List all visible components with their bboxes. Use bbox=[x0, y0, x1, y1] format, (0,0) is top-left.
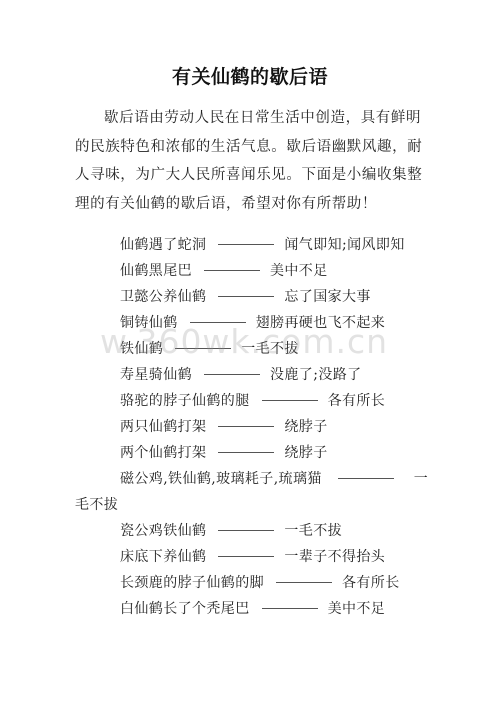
answer-text: 没鹿了;没路了 bbox=[270, 367, 362, 383]
xiehouyu-list: 仙鹤遇了蛇洞闻气即知;闻风即知 仙鹤黑尾巴美中不足 卫懿公养仙鹤忘了国家大事 铜… bbox=[0, 232, 500, 622]
list-item: 仙鹤遇了蛇洞闻气即知;闻风即知 bbox=[0, 232, 500, 258]
document-page: 有关仙鹤的歇后语 歇后语由劳动人民在日常生活中创造，具有鲜明的民族特色和浓郁的生… bbox=[0, 0, 500, 708]
wrapped-first-line: 磁公鸡,铁仙鹤,玻璃耗子,琉璃猫一 bbox=[0, 466, 500, 492]
dash-separator bbox=[262, 400, 318, 401]
list-item: 卫懿公养仙鹤忘了国家大事 bbox=[0, 284, 500, 310]
dash-separator bbox=[204, 270, 260, 271]
dash-separator bbox=[175, 348, 231, 349]
dash-separator bbox=[204, 374, 260, 375]
dash-separator bbox=[218, 296, 274, 297]
list-item-wrapped: 磁公鸡,铁仙鹤,玻璃耗子,琉璃猫一 毛不拔 bbox=[0, 466, 500, 518]
riddle-text: 磁公鸡,铁仙鹤,玻璃耗子,琉璃猫 bbox=[120, 471, 322, 487]
riddle-text: 两个仙鹤打架 bbox=[120, 445, 206, 461]
answer-text: 绕脖子 bbox=[284, 419, 327, 435]
list-item: 两只仙鹤打架绕脖子 bbox=[0, 414, 500, 440]
intro-paragraph: 歇后语由劳动人民在日常生活中创造，具有鲜明的民族特色和浓郁的生活气息。歇后语幽默… bbox=[75, 104, 435, 218]
riddle-text: 长颈鹿的脖子仙鹤的脚 bbox=[120, 575, 264, 591]
answer-text: 忘了国家大事 bbox=[284, 289, 370, 305]
dash-separator bbox=[190, 322, 246, 323]
riddle-text: 寿星骑仙鹤 bbox=[120, 367, 192, 383]
dash-separator bbox=[218, 426, 274, 427]
list-item: 两个仙鹤打架绕脖子 bbox=[0, 440, 500, 466]
riddle-text: 仙鹤遇了蛇洞 bbox=[120, 237, 206, 253]
dash-separator bbox=[338, 478, 394, 479]
list-item: 瓷公鸡铁仙鹤一毛不拔 bbox=[0, 518, 500, 544]
answer-text-part1: 一 bbox=[414, 471, 428, 487]
riddle-text: 白仙鹤长了个秃尾巴 bbox=[120, 601, 250, 617]
answer-text: 翅膀再硬也飞不起来 bbox=[256, 315, 386, 331]
riddle-text: 铜铸仙鹤 bbox=[120, 315, 178, 331]
dash-separator bbox=[218, 530, 274, 531]
dash-separator bbox=[262, 608, 318, 609]
riddle-text: 仙鹤黑尾巴 bbox=[120, 263, 192, 279]
dash-separator bbox=[218, 244, 274, 245]
answer-text: 各有所长 bbox=[328, 393, 386, 409]
answer-text-part2: 毛不拔 bbox=[0, 492, 500, 518]
list-item: 骆驼的脖子仙鹤的腿各有所长 bbox=[0, 388, 500, 414]
riddle-text: 卫懿公养仙鹤 bbox=[120, 289, 206, 305]
list-item: 铁仙鹤一毛不拔 bbox=[0, 336, 500, 362]
riddle-text: 两只仙鹤打架 bbox=[120, 419, 206, 435]
answer-text: 一辈子不得抬头 bbox=[284, 549, 385, 565]
riddle-text: 铁仙鹤 bbox=[120, 341, 163, 357]
page-title: 有关仙鹤的歇后语 bbox=[0, 62, 500, 89]
answer-text: 一毛不拔 bbox=[284, 523, 342, 539]
list-item: 白仙鹤长了个秃尾巴美中不足 bbox=[0, 596, 500, 622]
answer-text: 闻气即知;闻风即知 bbox=[284, 237, 404, 253]
list-item: 长颈鹿的脖子仙鹤的脚各有所长 bbox=[0, 570, 500, 596]
list-item: 仙鹤黑尾巴美中不足 bbox=[0, 258, 500, 284]
answer-text: 绕脖子 bbox=[284, 445, 327, 461]
list-item: 床底下养仙鹤一辈子不得抬头 bbox=[0, 544, 500, 570]
riddle-text: 床底下养仙鹤 bbox=[120, 549, 206, 565]
dash-separator bbox=[218, 556, 274, 557]
answer-text: 各有所长 bbox=[342, 575, 400, 591]
riddle-text: 骆驼的脖子仙鹤的腿 bbox=[120, 393, 250, 409]
list-item: 铜铸仙鹤翅膀再硬也飞不起来 bbox=[0, 310, 500, 336]
dash-separator bbox=[218, 452, 274, 453]
answer-text: 美中不足 bbox=[270, 263, 328, 279]
list-item: 寿星骑仙鹤没鹿了;没路了 bbox=[0, 362, 500, 388]
answer-text: 美中不足 bbox=[328, 601, 386, 617]
riddle-text: 瓷公鸡铁仙鹤 bbox=[120, 523, 206, 539]
dash-separator bbox=[276, 582, 332, 583]
answer-text: 一毛不拔 bbox=[241, 341, 299, 357]
